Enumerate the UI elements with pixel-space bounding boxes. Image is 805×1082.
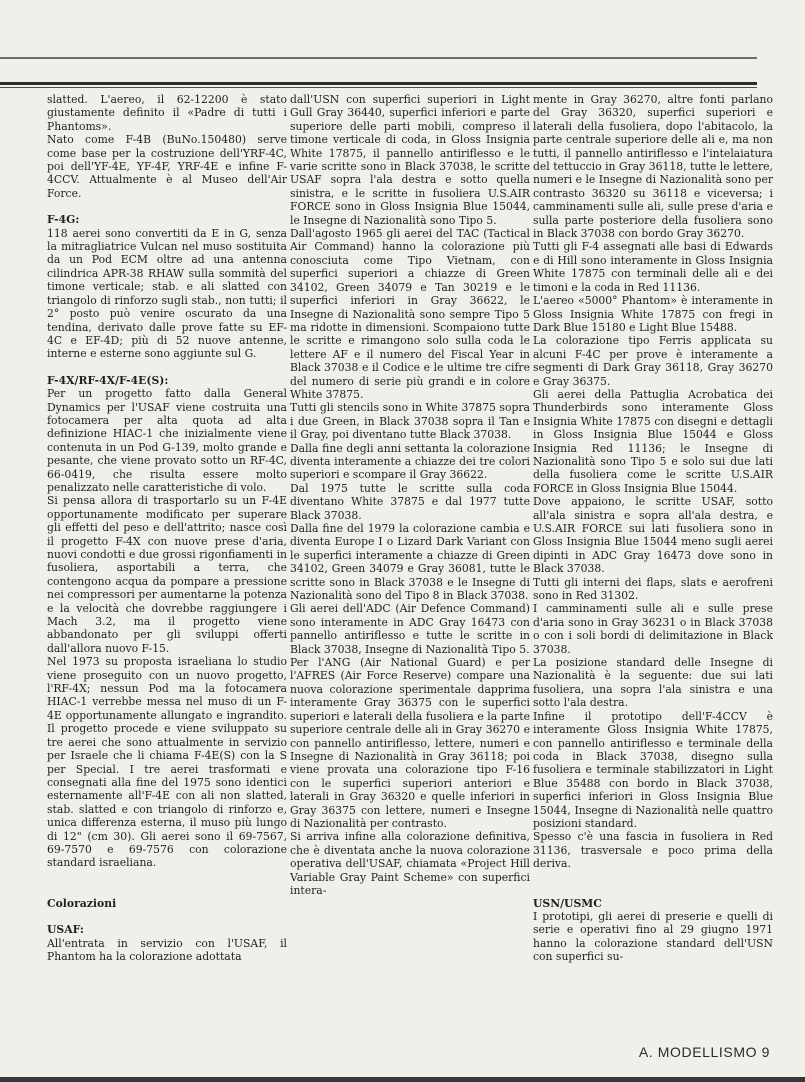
paragraph: Per un progetto fatto dalla General Dyna…: [47, 387, 287, 494]
page-footer: A. MODELLISMO 9: [639, 1044, 770, 1060]
paragraph: La colorazione tipo Ferris applicata su …: [533, 334, 773, 388]
paragraph: Dove appaiono, le scritte USAF, sotto al…: [533, 495, 773, 575]
paragraph: I prototipi, gli aerei di preserie e que…: [533, 910, 773, 964]
section-heading: USN/USMC: [533, 897, 773, 910]
section-heading: F-4X/RF-4X/F-4E(S):: [47, 374, 287, 387]
section-heading: F-4G:: [47, 213, 287, 226]
paragraph: Si pensa allora di trasportarlo su un F-…: [47, 494, 287, 655]
paragraph: I camminamenti sulle ali e sulle prese d…: [533, 602, 773, 656]
paragraph: La posizione standard delle Insegne di N…: [533, 656, 773, 710]
paragraph: Dalla fine degli anni settanta la colora…: [290, 442, 530, 482]
paragraph: Nel 1973 su proposta israeliana lo studi…: [47, 655, 287, 870]
scan-bottom-edge: [0, 1077, 805, 1082]
paragraph: Per l'ANG (Air National Guard) e per l'A…: [290, 656, 530, 830]
top-thin-rule: [0, 57, 757, 59]
paragraph: Dall'agosto 1965 gli aerei del TAC (Tact…: [290, 227, 530, 401]
paragraph: slatted. L'aereo, il 62-12200 è stato gi…: [47, 93, 287, 133]
paragraph: Infine il prototipo dell'F-4CCV è intera…: [533, 710, 773, 831]
paragraph: L'aereo «5000° Phantom» è interamente in…: [533, 294, 773, 334]
paragraph: dall'USN con superfici superiori in Ligh…: [290, 93, 530, 227]
paragraph: 118 aerei sono convertiti da E in G, sen…: [47, 227, 287, 361]
paragraph: Tutti gli interni dei flaps, slats e aer…: [533, 576, 773, 603]
paragraph: Si arriva infine alla colorazione defini…: [290, 830, 530, 897]
header-thick-rule: [0, 82, 757, 85]
paragraph: mente in Gray 36270, altre fonti parlano…: [533, 93, 773, 240]
paragraph: Tutti gli stencils sono in White 37875 s…: [290, 401, 530, 441]
paragraph: Tutti gli F-4 assegnati alle basi di Edw…: [533, 240, 773, 294]
paragraph: Spesso c'è una fascia in fusoliera in Re…: [533, 830, 773, 870]
paragraph: Gli aerei dell'ADC (Air Defence Command)…: [290, 602, 530, 656]
text-column-2: dall'USN con superfici superiori in Ligh…: [290, 93, 530, 1038]
paragraph: All'entrata in servizio con l'USAF, il P…: [47, 937, 287, 964]
section-heading: USAF:: [47, 923, 287, 936]
header-thin-rule: [0, 87, 757, 88]
text-column-1: slatted. L'aereo, il 62-12200 è stato gi…: [47, 93, 287, 1038]
magazine-page: slatted. L'aereo, il 62-12200 è stato gi…: [0, 0, 805, 1082]
text-column-3: mente in Gray 36270, altre fonti parlano…: [533, 93, 773, 1038]
paragraph: Dalla fine del 1979 la colorazione cambi…: [290, 522, 530, 602]
paragraph: Nato come F-4B (BuNo.150480) serve come …: [47, 133, 287, 200]
section-heading: Colorazioni: [47, 897, 287, 910]
paragraph: Gli aerei della Pattuglia Acrobatica dei…: [533, 388, 773, 495]
paragraph: Dal 1975 tutte le scritte sulla coda div…: [290, 482, 530, 522]
